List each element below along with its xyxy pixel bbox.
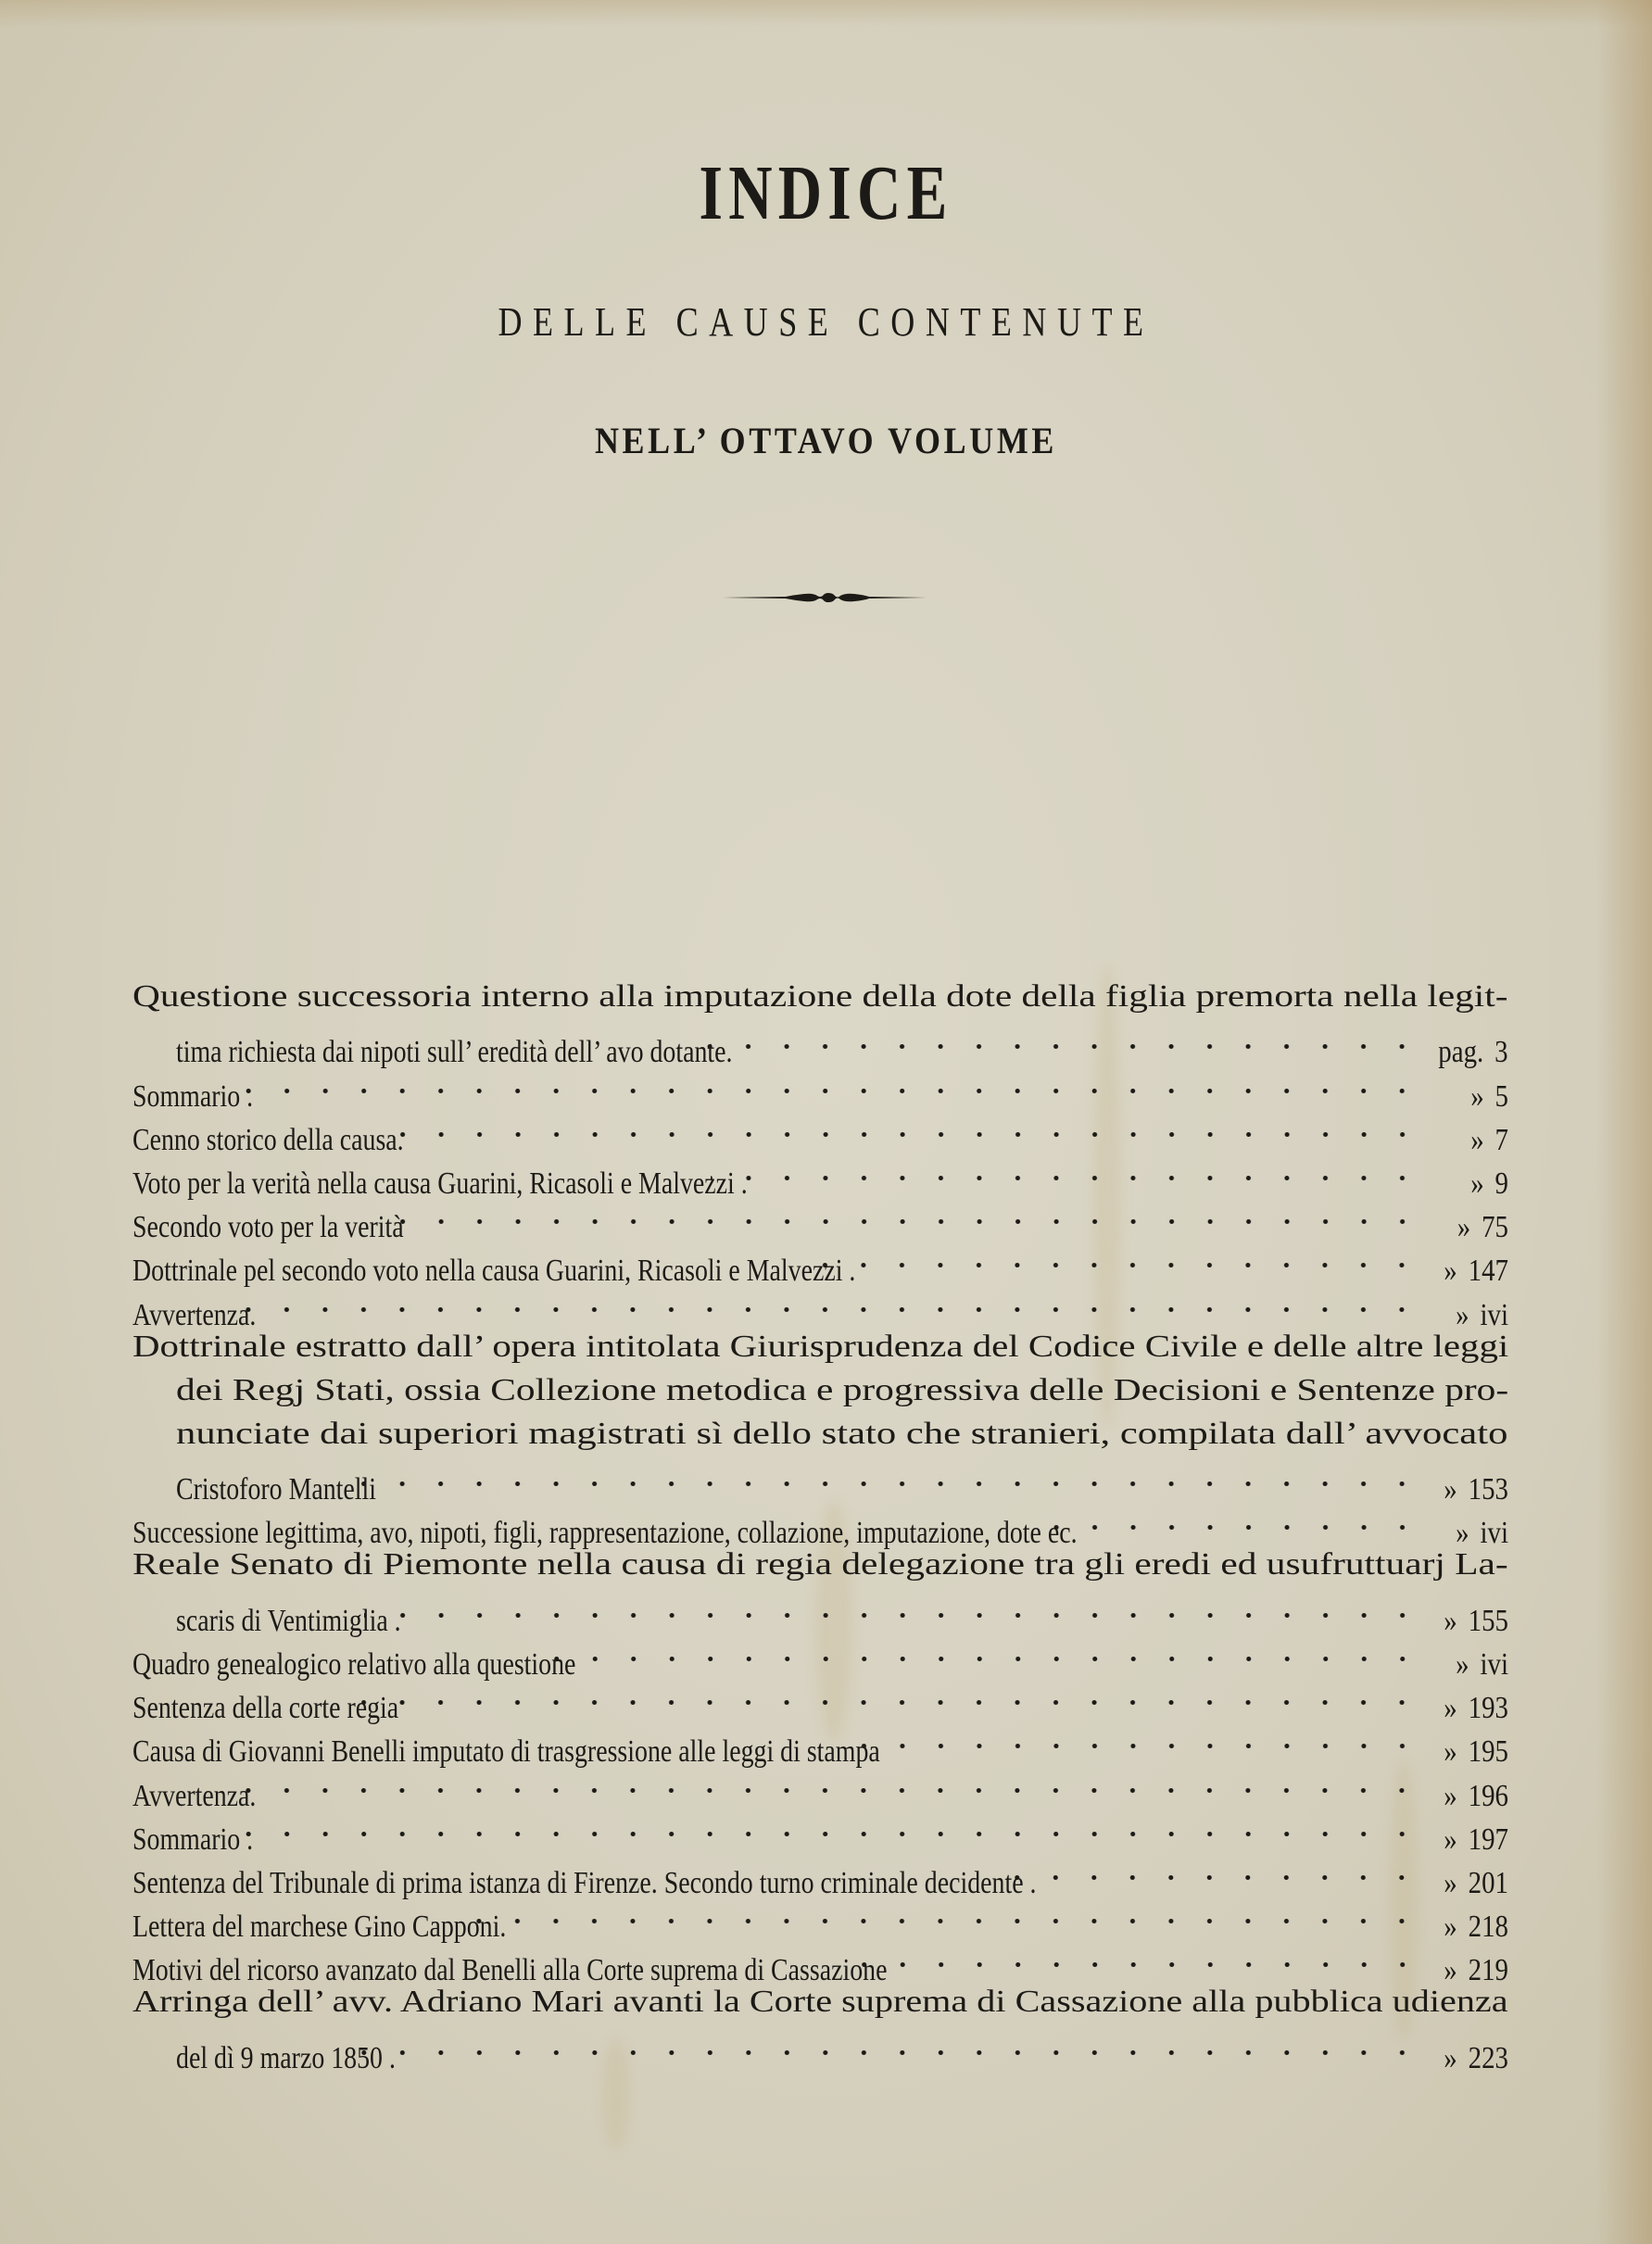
toc-line: Avvertenza.»196 (132, 1761, 1508, 1805)
page-title: INDICE (182, 148, 1470, 238)
toc-entry[interactable]: Secondo voto per la verità»75 (132, 1193, 1508, 1237)
toc-line: Avvertenza.»ivi (132, 1280, 1508, 1324)
dot-leader (216, 1806, 1421, 1849)
toc-line: Voto per la verità nella causa Guarini, … (132, 1150, 1508, 1193)
book-page: INDICE DELLE CAUSE CONTENUTE NELL’ OTTAV… (0, 0, 1652, 2244)
toc-entry[interactable]: Avvertenza.»ivi (132, 1280, 1508, 1324)
toc-entry[interactable]: Questione successoria interno alla imput… (132, 975, 1508, 1062)
page-edge-shadow-top (0, 0, 1652, 28)
toc-line: Reale Senato di Piemonte nella causa di … (132, 1543, 1508, 1586)
dot-leader (539, 1631, 1421, 1674)
toc-entry-text: nunciate dai superiori magistrati sì del… (176, 1412, 1507, 1456)
toc-line: Dottrinale estratto dall’ opera intitola… (132, 1325, 1508, 1368)
toc-entry[interactable]: Sommario .»5 (132, 1062, 1508, 1105)
toc-entry[interactable]: Arringa dell’ avv. Adriano Mari avanti l… (132, 1980, 1508, 2067)
toc-entry[interactable]: Successione legittima, avo, nipoti, figl… (132, 1499, 1508, 1543)
dot-leader (361, 1674, 1421, 1718)
dot-leader (367, 1106, 1421, 1150)
toc-entry[interactable]: Voto per la verità nella causa Guarini, … (132, 1150, 1508, 1193)
toc-line: Arringa dell’ avv. Adriano Mari avanti l… (132, 1980, 1508, 2023)
toc-entry[interactable]: Avvertenza.»196 (132, 1761, 1508, 1805)
toc-line: Sommario .»197 (132, 1806, 1508, 1849)
toc-line: Sommario .»5 (132, 1062, 1508, 1105)
dot-leader (219, 1280, 1421, 1324)
toc-line: Sentenza della corte regia»193 (132, 1674, 1508, 1718)
toc-line: scaris di Ventimiglia .»155 (132, 1587, 1508, 1631)
toc-entry[interactable]: Dottrinale pel secondo voto nella causa … (132, 1237, 1508, 1280)
toc-entry[interactable]: Motivi del ricorso avanzato dal Benelli … (132, 1936, 1508, 1980)
toc-line: Questione successoria interno alla imput… (132, 975, 1508, 1018)
toc-line: del dì 9 marzo 1850 .»223 (132, 2024, 1508, 2068)
toc-entry[interactable]: Sentenza del Tribunale di prima istanza … (132, 1849, 1508, 1893)
dot-leader (219, 1761, 1421, 1805)
toc-entry[interactable]: Reale Senato di Piemonte nella causa di … (132, 1543, 1508, 1630)
page-number: 223 (1469, 2041, 1508, 2075)
toc-entry[interactable]: Quadro genealogico relativo alla questio… (132, 1631, 1508, 1674)
toc-entry-text: Questione successoria interno alla imput… (132, 975, 1507, 1018)
toc-entry-text: Arringa dell’ avv. Adriano Mari avanti l… (132, 1980, 1508, 2023)
toc-line: Motivi del ricorso avanzato dal Benelli … (132, 1936, 1508, 1980)
toc-line: Cristoforo Mantelli»153 (132, 1456, 1508, 1499)
dot-leader (818, 1237, 1421, 1280)
toc-line: dei Regj Stati, ossia Collezione metodic… (132, 1368, 1508, 1412)
dot-leader (367, 1193, 1421, 1237)
table-of-contents: Questione successoria interno alla imput… (132, 975, 1508, 2068)
toc-entry-text: Dottrinale estratto dall’ opera intitola… (132, 1325, 1508, 1368)
page-reference: »223 (1439, 2036, 1508, 2080)
dot-leader (851, 1936, 1421, 1980)
toc-line: Quadro genealogico relativo alla questio… (132, 1631, 1508, 1674)
toc-line: Cenno storico della causa.»7 (132, 1106, 1508, 1150)
toc-entry[interactable]: Cenno storico della causa.»7 (132, 1106, 1508, 1150)
dot-leader (469, 1893, 1421, 1936)
toc-line: Causa di Giovanni Benelli imputato di tr… (132, 1718, 1508, 1761)
toc-line: Secondo voto per la verità»75 (132, 1193, 1508, 1237)
dot-leader (216, 1062, 1421, 1105)
toc-entry[interactable]: Sommario .»197 (132, 1806, 1508, 1849)
dot-leader (696, 1018, 1421, 1062)
dot-leader (999, 1849, 1421, 1893)
toc-line: Lettera del marchese Gino Capponi.»218 (132, 1893, 1508, 1936)
toc-entry-text: dei Regj Stati, ossia Collezione metodic… (176, 1368, 1508, 1412)
toc-entry[interactable]: Sentenza della corte regia»193 (132, 1674, 1508, 1718)
dot-leader (364, 1587, 1421, 1631)
dot-leader (1040, 1499, 1421, 1543)
decorative-rule-icon (721, 587, 928, 608)
toc-line: tima richiesta dai nipoti sull’ eredità … (132, 1018, 1508, 1062)
page-edge-shadow-right (1596, 0, 1652, 2244)
toc-entry[interactable]: Dottrinale estratto dall’ opera intitola… (132, 1325, 1508, 1500)
toc-entry[interactable]: Lettera del marchese Gino Capponi.»218 (132, 1893, 1508, 1936)
dot-leader (843, 1718, 1421, 1761)
toc-line: nunciate dai superiori magistrati sì del… (132, 1412, 1508, 1456)
toc-entry[interactable]: Causa di Giovanni Benelli imputato di tr… (132, 1718, 1508, 1761)
toc-line: Successione legittima, avo, nipoti, figl… (132, 1499, 1508, 1543)
page-subtitle: DELLE CAUSE CONTENUTE (148, 298, 1503, 346)
page-marker: » (1444, 2041, 1457, 2075)
toc-line: Dottrinale pel secondo voto nella causa … (132, 1237, 1508, 1280)
dot-leader (359, 2024, 1421, 2068)
volume-line: NELL’ OTTAVO VOLUME (82, 419, 1570, 462)
dot-leader (711, 1150, 1421, 1193)
toc-entry-text: Reale Senato di Piemonte nella causa di … (132, 1543, 1508, 1586)
toc-line: Sentenza del Tribunale di prima istanza … (132, 1849, 1508, 1893)
dot-leader (339, 1456, 1421, 1499)
